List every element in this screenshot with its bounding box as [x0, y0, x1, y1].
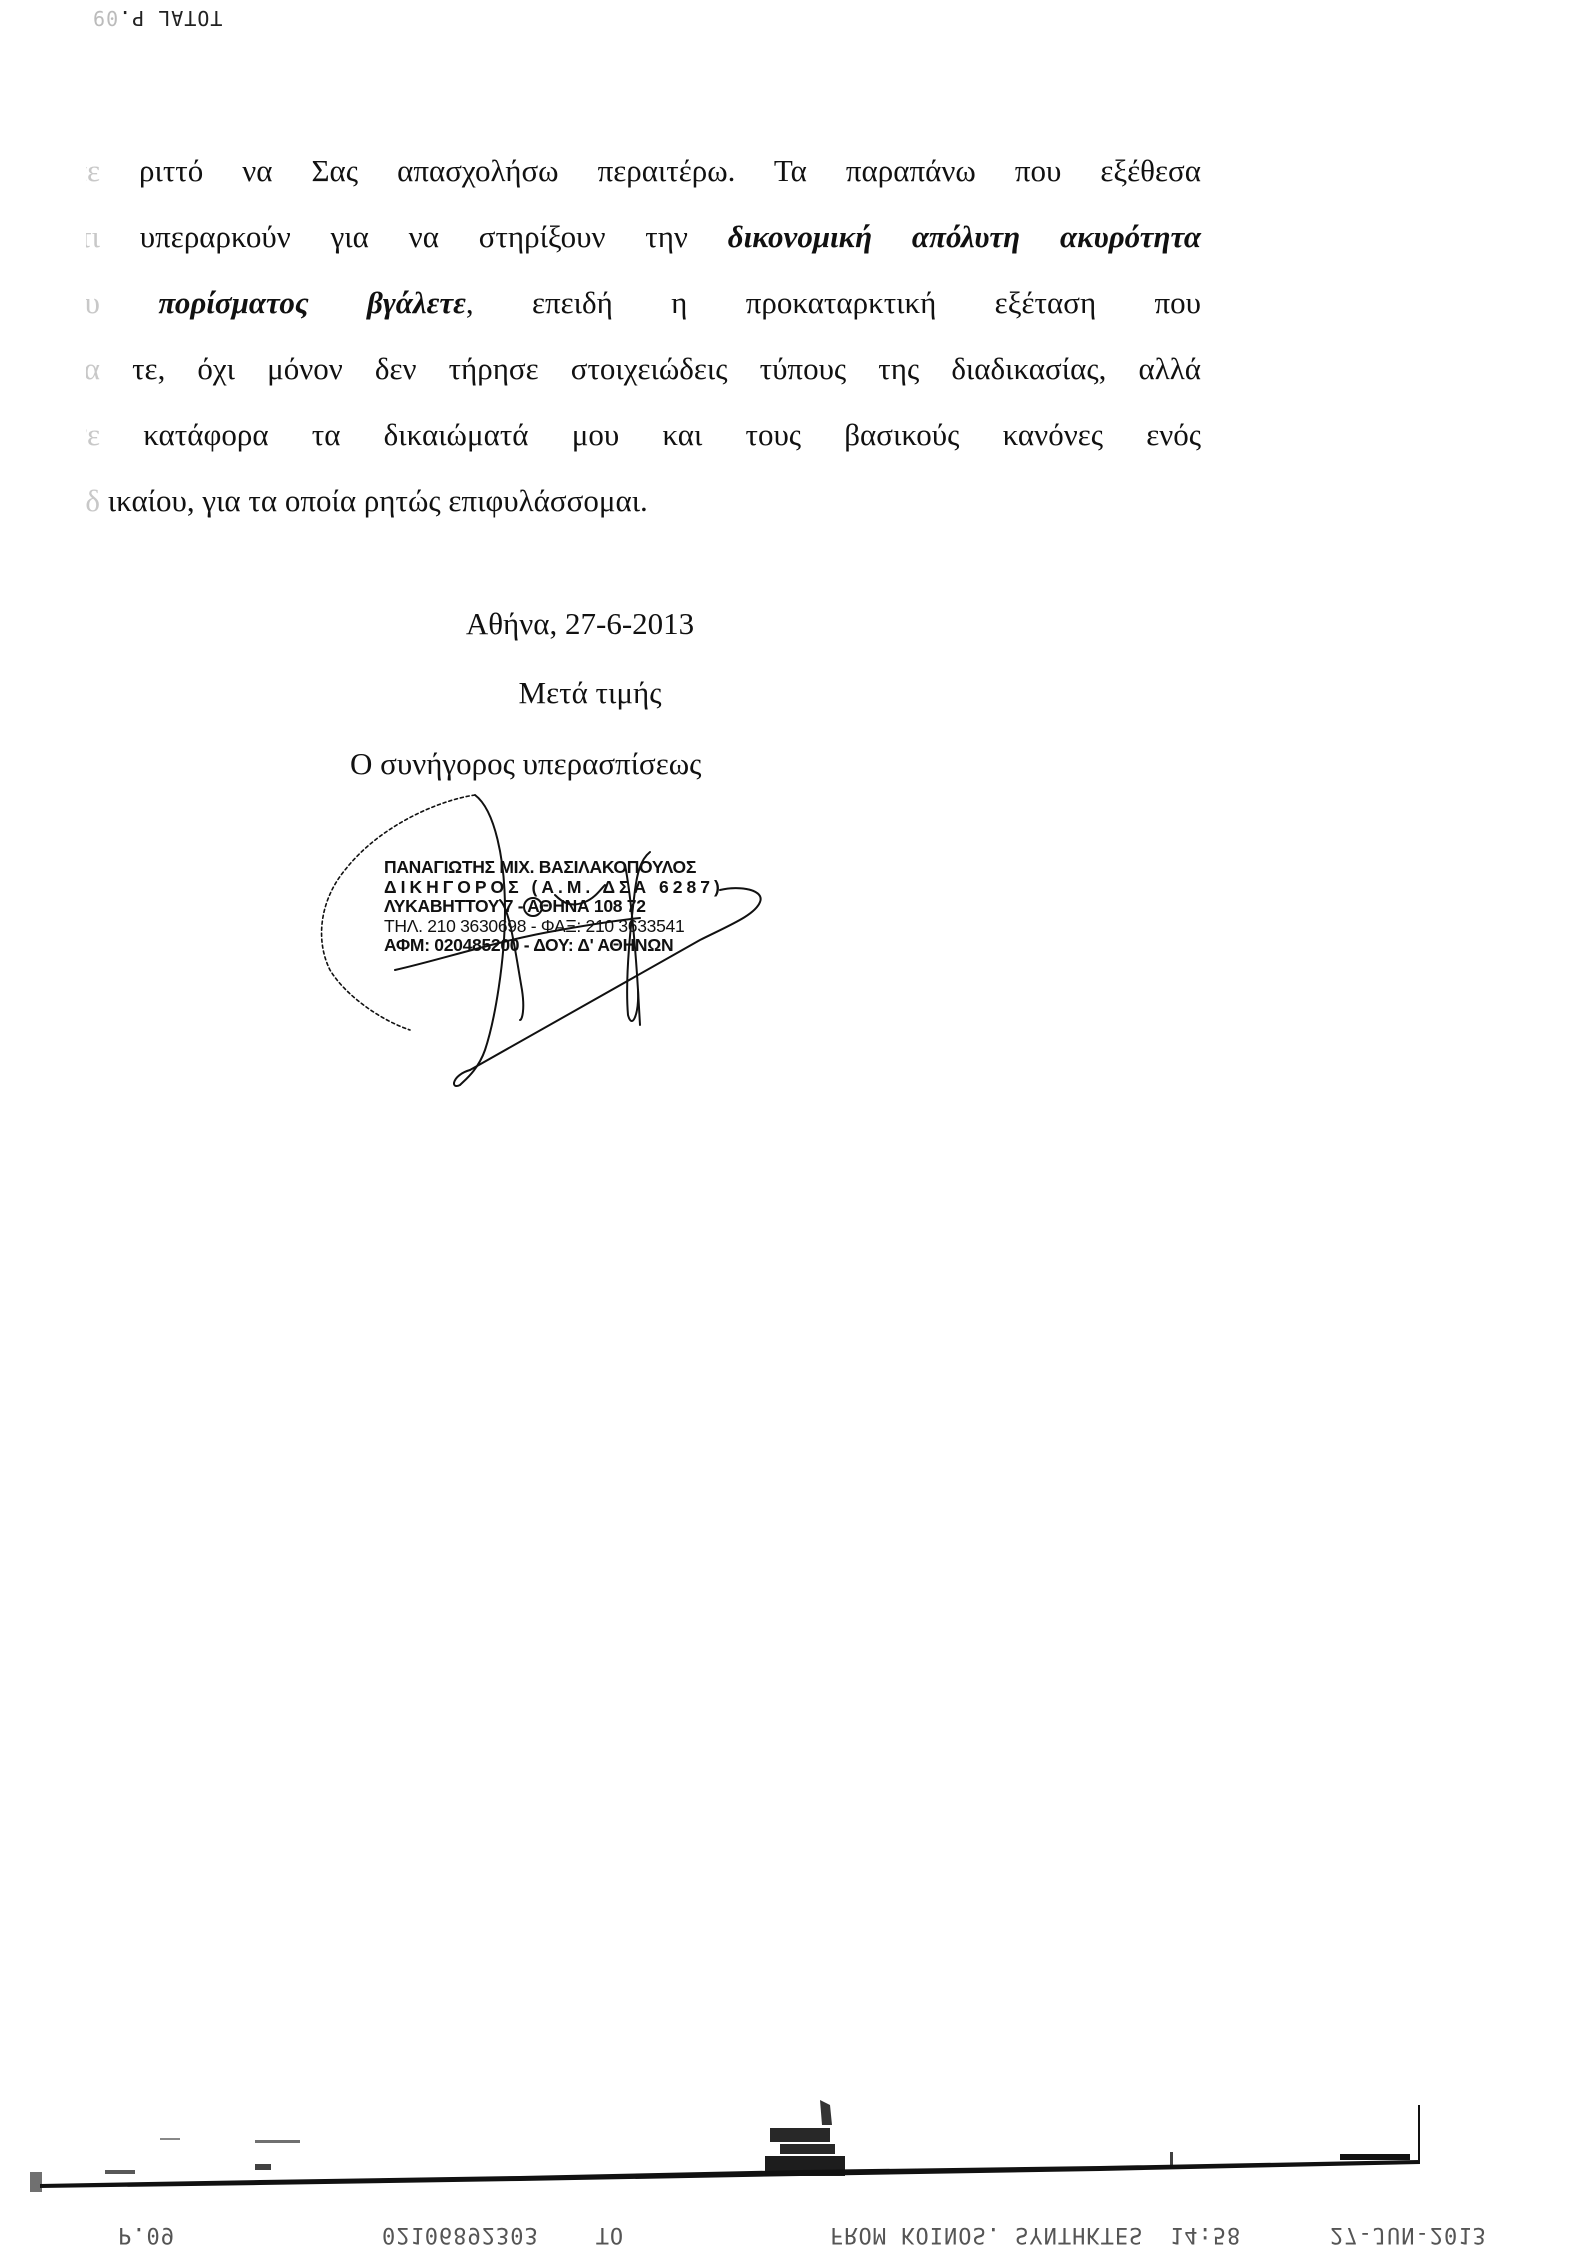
fax-scan-artifact-band: [0, 2080, 1582, 2200]
fax-time: 14:58: [1170, 2222, 1241, 2247]
fax-total-label: TOTAL P.: [118, 6, 222, 30]
body-text: υπεραρκούν για να στηρίξουν την: [140, 219, 728, 254]
cropped-text-fragment: διενεργήσα: [86, 336, 100, 402]
emphasized-text: δικονομική απόλυτη ακυρότητα: [728, 219, 1201, 254]
paragraph-line: νομίζω ότι υπεραρκούν για να στηρίξουν τ…: [86, 204, 1201, 270]
letter-body-paragraph: πε ριττό να Σας απασχολήσω περαιτέρω. Τα…: [86, 138, 1201, 534]
paragraph-line: του πορίσματος βγάλετε, επειδή η προκατα…: [86, 270, 1201, 336]
cropped-text-fragment: πε: [86, 138, 100, 204]
signatory-role: Ο συνήγορος υπερασπίσεως: [0, 746, 1000, 782]
fax-to-label: TO: [596, 2222, 625, 2247]
fax-date: 27-JUN-2013: [1330, 2222, 1487, 2247]
body-text: κατάφορα τα δικαιώματά μου και τους βασι…: [143, 417, 1201, 452]
cropped-text-fragment: σε: [86, 402, 100, 468]
body-text: ικαίου, για τα οποία ρητώς επιφυλάσσομαι…: [108, 483, 648, 518]
paragraph-line: δ ικαίου, για τα οποία ρητώς επιφυλάσσομ…: [86, 468, 1201, 534]
cropped-text-fragment: δ: [86, 468, 100, 534]
cropped-text-fragment: νομίζω ότι: [86, 204, 100, 270]
cropped-text-fragment: του: [86, 270, 100, 336]
fax-page-number: P.09: [118, 2222, 175, 2247]
body-text: , επειδή η προκαταρκτική εξέταση που: [466, 285, 1201, 320]
fax-total-page-number: 09: [92, 6, 118, 30]
fax-recipient-number: 02106892303 TO: [382, 2222, 624, 2247]
salutation: Μετά τιμής: [10, 675, 1170, 711]
fax-sender: FROM KOINOS. SYNTHKTES: [830, 2222, 1143, 2247]
place-and-date: Αθήνα, 27-6-2013: [0, 606, 1160, 642]
paragraph-line: πε ριττό να Σας απασχολήσω περαιτέρω. Τα…: [86, 138, 1201, 204]
fax-to-number: 02106892303: [382, 2222, 539, 2247]
fax-total-pages-header: TOTAL P.09: [92, 6, 222, 30]
body-text: τε, όχι μόνον δεν τήρησε στοιχειώδεις τύ…: [132, 351, 1201, 386]
paragraph-line: διενεργήσα τε, όχι μόνον δεν τήρησε στοι…: [86, 336, 1201, 402]
emphasized-text: πορίσματος βγάλετε: [158, 285, 466, 320]
paragraph-line: σε κατάφορα τα δικαιώματά μου και τους β…: [86, 402, 1201, 468]
handwritten-signature: [300, 790, 820, 1110]
body-text: ριττό να Σας απασχολήσω περαιτέρω. Τα πα…: [139, 153, 1201, 188]
